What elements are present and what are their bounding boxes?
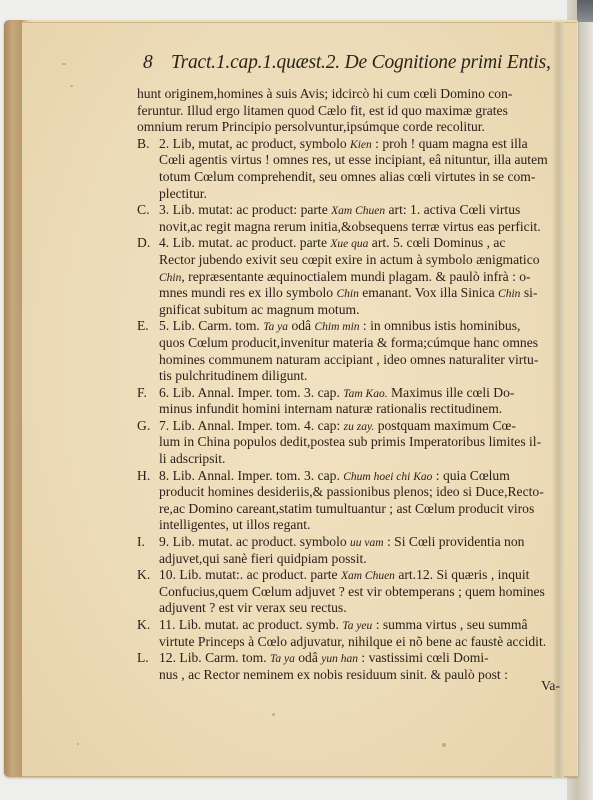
citation-line: Confucius,quem Cœlum adjuvet ? est vir o… — [137, 584, 569, 601]
citation-line: lum in China populos dedit,postea sub pr… — [137, 434, 569, 451]
italic-chinese-term: Xam Chuen — [331, 205, 385, 217]
citation-marker: C. — [137, 202, 159, 219]
citation-line: tis pulchritudinem diligunt. — [137, 368, 569, 385]
text-run: quos Cœlum producit,invenitur materia & … — [159, 335, 538, 350]
text-run: , repræsentante æquinoctialem mundi plag… — [181, 269, 530, 284]
text-run: 2. Lib, mutat, ac product, symbolo — [159, 136, 350, 151]
intro-paragraph: hunt originem,homines à suis Avis; idcir… — [137, 86, 569, 136]
italic-chinese-term: Ta yeu — [342, 620, 372, 632]
text-run: si- — [520, 285, 537, 300]
citation-first-line: K.11. Lib. mutat. ac product. symb. Ta y… — [137, 617, 569, 634]
citation-line: intelligentes, ut illos regant. — [137, 517, 569, 534]
intro-line: hunt originem,homines à suis Avis; idcir… — [137, 86, 569, 103]
citation-first-line: D.4. Lib. mutat. ac product. parte Xue q… — [137, 235, 569, 252]
citation-first-line: G.7. Lib. Annal. Imper. tom. 4. cap: zu … — [137, 418, 569, 435]
citation-entry: I.9. Lib. mutat. ac product. symbolo uu … — [137, 534, 569, 567]
citation-line: totum Cœlum comprehendit, seu omnes alia… — [137, 169, 569, 186]
citation-line: homines communem naturam accipiant , ide… — [137, 352, 569, 369]
text-run: 3. Lib. mutat: ac product: parte — [159, 202, 331, 217]
citation-first-line: F.6. Lib. Annal. Imper. tom. 3. cap. Tam… — [137, 385, 569, 402]
catchword: Va- — [400, 678, 560, 694]
citation-first-line: L.12. Lib. Carm. tom. Ta ya odâ yun han … — [137, 650, 569, 667]
text-run: totum Cœlum comprehendit, seu omnes alia… — [159, 169, 535, 184]
citation-line: li adscripsit. — [137, 451, 569, 468]
citation-marker: I. — [137, 534, 159, 551]
citation-marker: G. — [137, 418, 159, 435]
text-run: : vastissimi cœli Domi- — [358, 650, 489, 665]
italic-chinese-term: Chin — [159, 272, 181, 284]
citation-line: adjuvet,qui sanè fieri quidpiam possit. — [137, 551, 569, 568]
italic-chinese-term: Ta ya — [263, 321, 288, 333]
text-run: Confucius,quem Cœlum adjuvet ? est vir o… — [159, 584, 545, 599]
text-run: 6. Lib. Annal. Imper. tom. 3. cap. — [159, 385, 343, 400]
text-run: plectitur. — [159, 186, 207, 201]
italic-chinese-term: Tam Kao. — [343, 388, 387, 400]
running-header: 8Tract.1.cap.1.quæst.2. De Cognitione pr… — [143, 52, 563, 74]
page-body-text: hunt originem,homines à suis Avis; idcir… — [137, 86, 569, 683]
text-run: : quia Cœlum — [432, 468, 509, 483]
text-run: 11. Lib. mutat. ac product. symb. — [159, 617, 342, 632]
text-run: art. 5. cœli Dominus , ac — [368, 235, 505, 250]
citation-line: virtute Princeps à Cœlo adjuvatur, nihil… — [137, 634, 569, 651]
citation-first-line: H.8. Lib. Annal. Imper. tom. 3. cap. Chu… — [137, 468, 569, 485]
citation-line: Chin, repræsentante æquinoctialem mundi … — [137, 269, 569, 286]
citation-line: Rector jubendo exivit seu cœpit exire in… — [137, 252, 569, 269]
citation-list: B.2. Lib, mutat, ac product, symbolo Kie… — [137, 136, 569, 684]
page-number: 8 — [143, 52, 171, 74]
citation-entry: F.6. Lib. Annal. Imper. tom. 3. cap. Tam… — [137, 385, 569, 418]
text-run: producit homines desideriis,& passionibu… — [159, 484, 544, 499]
running-head-title: Tract.1.cap.1.quæst.2. De Cognitione pri… — [171, 52, 551, 73]
italic-chinese-term: Kien — [350, 139, 372, 151]
italic-chinese-term: zu zay. — [344, 421, 375, 433]
citation-marker: L. — [137, 650, 159, 667]
italic-chinese-term: yun han — [321, 653, 358, 665]
citation-entry: H.8. Lib. Annal. Imper. tom. 3. cap. Chu… — [137, 468, 569, 534]
italic-chinese-term: Chum hoei chi Kao — [343, 471, 432, 483]
text-run: tis pulchritudinem diligunt. — [159, 368, 307, 383]
text-run: : in omnibus istis hominibus, — [360, 318, 521, 333]
citation-line: Cœli agentis virtus ! omnes res, ut esse… — [137, 152, 569, 169]
text-run: adjuvet,qui sanè fieri quidpiam possit. — [159, 551, 367, 566]
text-run: gnificat subitum ac magnum motum. — [159, 302, 359, 317]
citation-marker: B. — [137, 136, 159, 153]
text-run: art.12. Si quæris , inquit — [395, 567, 529, 582]
text-run: 5. Lib. Carm. tom. — [159, 318, 263, 333]
citation-entry: D.4. Lib. mutat. ac product. parte Xue q… — [137, 235, 569, 318]
text-run: re,ac Domino careant,statim tumultuantur… — [159, 501, 534, 516]
text-run: postquam maximum Cœ- — [374, 418, 516, 433]
text-run: adjuvent ? est vir verax seu rectus. — [159, 600, 347, 615]
intro-line: feruntur. Illud ergo litamen quod Cælo f… — [137, 103, 569, 120]
citation-entry: C.3. Lib. mutat: ac product: parte Xam C… — [137, 202, 569, 235]
citation-entry: K.10. Lib. mutat:. ac product. parte Xam… — [137, 567, 569, 617]
text-run: novit,ac regit magna rerum initia,&obseq… — [159, 219, 541, 234]
citation-marker: H. — [137, 468, 159, 485]
text-run: Cœli agentis virtus ! omnes res, ut esse… — [159, 152, 548, 167]
citation-entry: G.7. Lib. Annal. Imper. tom. 4. cap: zu … — [137, 418, 569, 468]
text-run: 12. Lib. Carm. tom. — [159, 650, 270, 665]
citation-first-line: K.10. Lib. mutat:. ac product. parte Xam… — [137, 567, 569, 584]
citation-line: gnificat subitum ac magnum motum. — [137, 302, 569, 319]
text-run: 4. Lib. mutat. ac product. parte — [159, 235, 330, 250]
citation-line: producit homines desideriis,& passionibu… — [137, 484, 569, 501]
citation-line: mnes mundi res ex illo symbolo Chin eman… — [137, 285, 569, 302]
citation-first-line: E.5. Lib. Carm. tom. Ta ya odâ Chim min … — [137, 318, 569, 335]
citation-marker: D. — [137, 235, 159, 252]
intro-line: omnium rerum Principio persolvuntur,ipsú… — [137, 119, 569, 136]
text-run: odâ — [295, 650, 321, 665]
text-run: Maximus ille cœli Do- — [388, 385, 515, 400]
text-run: 7. Lib. Annal. Imper. tom. 4. cap: — [159, 418, 344, 433]
italic-chinese-term: Chim min — [314, 321, 359, 333]
citation-line: adjuvent ? est vir verax seu rectus. — [137, 600, 569, 617]
italic-chinese-term: Xue qua — [330, 238, 368, 250]
citation-line: novit,ac regit magna rerum initia,&obseq… — [137, 219, 569, 236]
italic-chinese-term: Ta ya — [270, 653, 295, 665]
citation-entry: K.11. Lib. mutat. ac product. symb. Ta y… — [137, 617, 569, 650]
citation-marker: K. — [137, 617, 159, 634]
citation-line: re,ac Domino careant,statim tumultuantur… — [137, 501, 569, 518]
text-run: : summa virtus , seu summâ — [372, 617, 527, 632]
text-run: art: 1. activa Cœli virtus — [385, 202, 520, 217]
text-run: 8. Lib. Annal. Imper. tom. 3. cap. — [159, 468, 343, 483]
text-run: mnes mundi res ex illo symbolo — [159, 285, 336, 300]
citation-first-line: B.2. Lib, mutat, ac product, symbolo Kie… — [137, 136, 569, 153]
text-run: : proh ! quam magna est illa — [372, 136, 528, 151]
text-run: virtute Princeps à Cœlo adjuvatur, nihil… — [159, 634, 546, 649]
citation-entry: E.5. Lib. Carm. tom. Ta ya odâ Chim min … — [137, 318, 569, 384]
text-run: minus infundit homini internam naturæ ra… — [159, 401, 502, 416]
italic-chinese-term: Chin — [336, 288, 358, 300]
citation-first-line: I.9. Lib. mutat. ac product. symbolo uu … — [137, 534, 569, 551]
text-run: homines communem naturam accipiant , ide… — [159, 352, 538, 367]
text-run: li adscripsit. — [159, 451, 225, 466]
text-run: emanant. Vox illa Sinica — [359, 285, 498, 300]
italic-chinese-term: Chin — [498, 288, 520, 300]
text-run: : Si Cœli providentia non — [384, 534, 525, 549]
text-run: lum in China populos dedit,postea sub pr… — [159, 434, 541, 449]
citation-line: quos Cœlum producit,invenitur materia & … — [137, 335, 569, 352]
text-run: intelligentes, ut illos regant. — [159, 517, 310, 532]
citation-first-line: C.3. Lib. mutat: ac product: parte Xam C… — [137, 202, 569, 219]
italic-chinese-term: uu vam — [350, 537, 384, 549]
citation-entry: B.2. Lib, mutat, ac product, symbolo Kie… — [137, 136, 569, 202]
text-run: 10. Lib. mutat:. ac product. parte — [159, 567, 341, 582]
text-run: 9. Lib. mutat. ac product. symbolo — [159, 534, 350, 549]
citation-line: minus infundit homini internam naturæ ra… — [137, 401, 569, 418]
text-run: odâ — [288, 318, 314, 333]
citation-marker: F. — [137, 385, 159, 402]
citation-line: plectitur. — [137, 186, 569, 203]
citation-marker: E. — [137, 318, 159, 335]
scanner-clip — [577, 0, 593, 22]
italic-chinese-term: Xam Chuen — [341, 570, 395, 582]
citation-marker: K. — [137, 567, 159, 584]
text-run: Rector jubendo exivit seu cœpit exire in… — [159, 252, 540, 267]
